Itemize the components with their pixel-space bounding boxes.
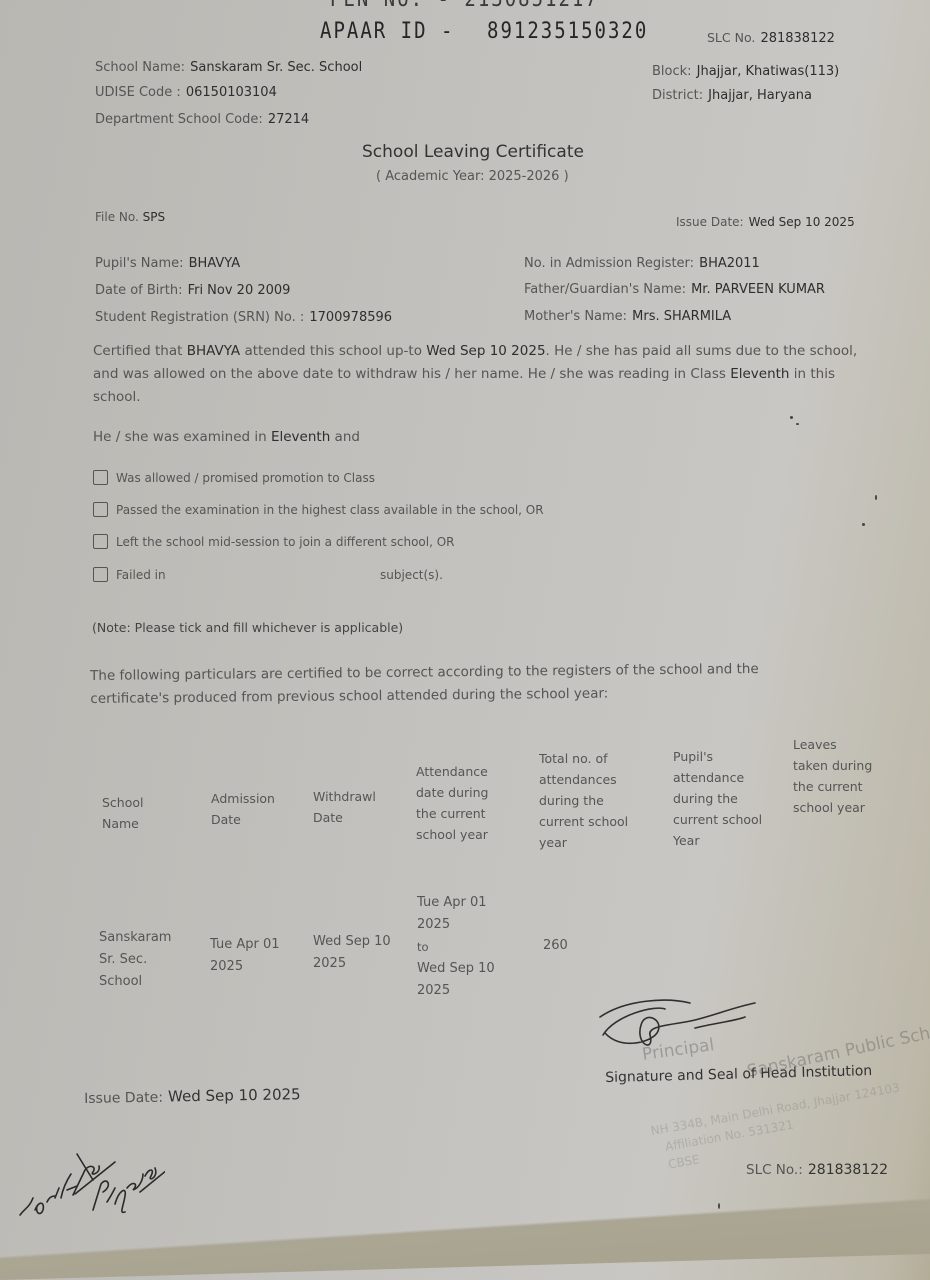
left-mid-session-checkbox[interactable]	[93, 534, 108, 549]
cell-school-name: Sanskaram Sr. Sec. School	[99, 927, 184, 993]
option-failed: Failed in	[93, 567, 166, 582]
issue-date-bottom: Issue Date: Wed Sep 10 2025	[84, 1084, 301, 1107]
certification-statement: Certified that BHAVYA attended this scho…	[93, 340, 863, 409]
school-name: School Name: Sanskaram Sr. Sec. School	[95, 56, 362, 75]
slc-number-top: SLC No. 281838122	[707, 27, 835, 46]
udise-code: UDISE Code : 06150103104	[95, 81, 277, 100]
cell-admission-date: Tue Apr 01 2025	[210, 934, 300, 978]
table-header-school-name: School Name	[102, 792, 182, 834]
particulars-intro: The following particulars are certified …	[90, 657, 810, 711]
district: District: Jhajjar, Haryana	[652, 84, 812, 103]
file-number: File No. SPS	[95, 210, 165, 224]
department-school-code: Department School Code: 27214	[95, 108, 309, 127]
paper-speck	[796, 423, 799, 425]
mother-name: Mother's Name: Mrs. SHARMILA	[524, 305, 731, 324]
admission-register-number: No. in Admission Register: BHA2011	[524, 252, 760, 271]
table-header-leaves-taken: Leaves taken during the current school y…	[793, 734, 873, 818]
block: Block: Jhajjar, Khatiwas(113)	[652, 60, 839, 79]
issue-date-top: Issue Date: Wed Sep 10 2025	[676, 211, 855, 230]
paper-speck	[790, 416, 793, 419]
cell-total-attendances: 260	[543, 935, 568, 957]
failed-checkbox[interactable]	[93, 567, 108, 582]
slc-number-bottom: SLC No.: 281838122	[746, 1159, 888, 1178]
date-of-birth: Date of Birth: Fri Nov 20 2009	[95, 279, 290, 298]
option-passed-highest-class: Passed the examination in the highest cl…	[93, 502, 544, 517]
table-header-pupil-attendance: Pupil's attendance during the current sc…	[673, 746, 778, 851]
examined-statement: He / she was examined in Eleventh and	[93, 429, 360, 445]
table-header-admission-date: Admission Date	[211, 788, 291, 830]
passed-highest-class-checkbox[interactable]	[93, 502, 108, 517]
paper-speck	[875, 495, 877, 500]
table-header-withdrawl-date: Withdrawl Date	[313, 786, 393, 828]
academic-year: ( Academic Year: 2025-2026 )	[376, 169, 569, 184]
cell-withdrawl-date: Wed Sep 10 2025	[313, 931, 393, 975]
table-header-attendance-date: Attendance date during the current schoo…	[416, 761, 506, 845]
promotion-checkbox[interactable]	[93, 470, 108, 485]
option-left-mid-session: Left the school mid-session to join a di…	[93, 534, 455, 549]
signature-caption: Signature and Seal of Head Institution	[605, 1063, 872, 1086]
certificate-title: School Leaving Certificate	[362, 142, 584, 162]
cell-attendance-range: Tue Apr 01 2025 to Wed Sep 10 2025	[417, 892, 507, 1002]
failed-subjects-suffix: subject(s).	[380, 568, 443, 582]
certificate-page: PEN No. - 2130851217 APAAR ID - 89123515…	[0, 0, 930, 1280]
option-promotion: Was allowed / promised promotion to Clas…	[93, 470, 375, 485]
pupil-name: Pupil's Name: BHAVYA	[95, 252, 240, 271]
student-registration-number: Student Registration (SRN) No. : 1700978…	[95, 306, 392, 325]
father-guardian-name: Father/Guardian's Name: Mr. PARVEEN KUMA…	[524, 278, 825, 297]
handwritten-apaar-id: 891235150320	[487, 18, 648, 43]
note: (Note: Please tick and fill whichever is…	[92, 620, 403, 635]
handwritten-pen-number: PEN No. - 2130851217	[330, 0, 599, 12]
table-header-total-attendances: Total no. of attendances during the curr…	[539, 748, 644, 853]
paper-speck	[862, 523, 865, 526]
handwritten-apaar-label: APAAR ID -	[320, 18, 454, 43]
